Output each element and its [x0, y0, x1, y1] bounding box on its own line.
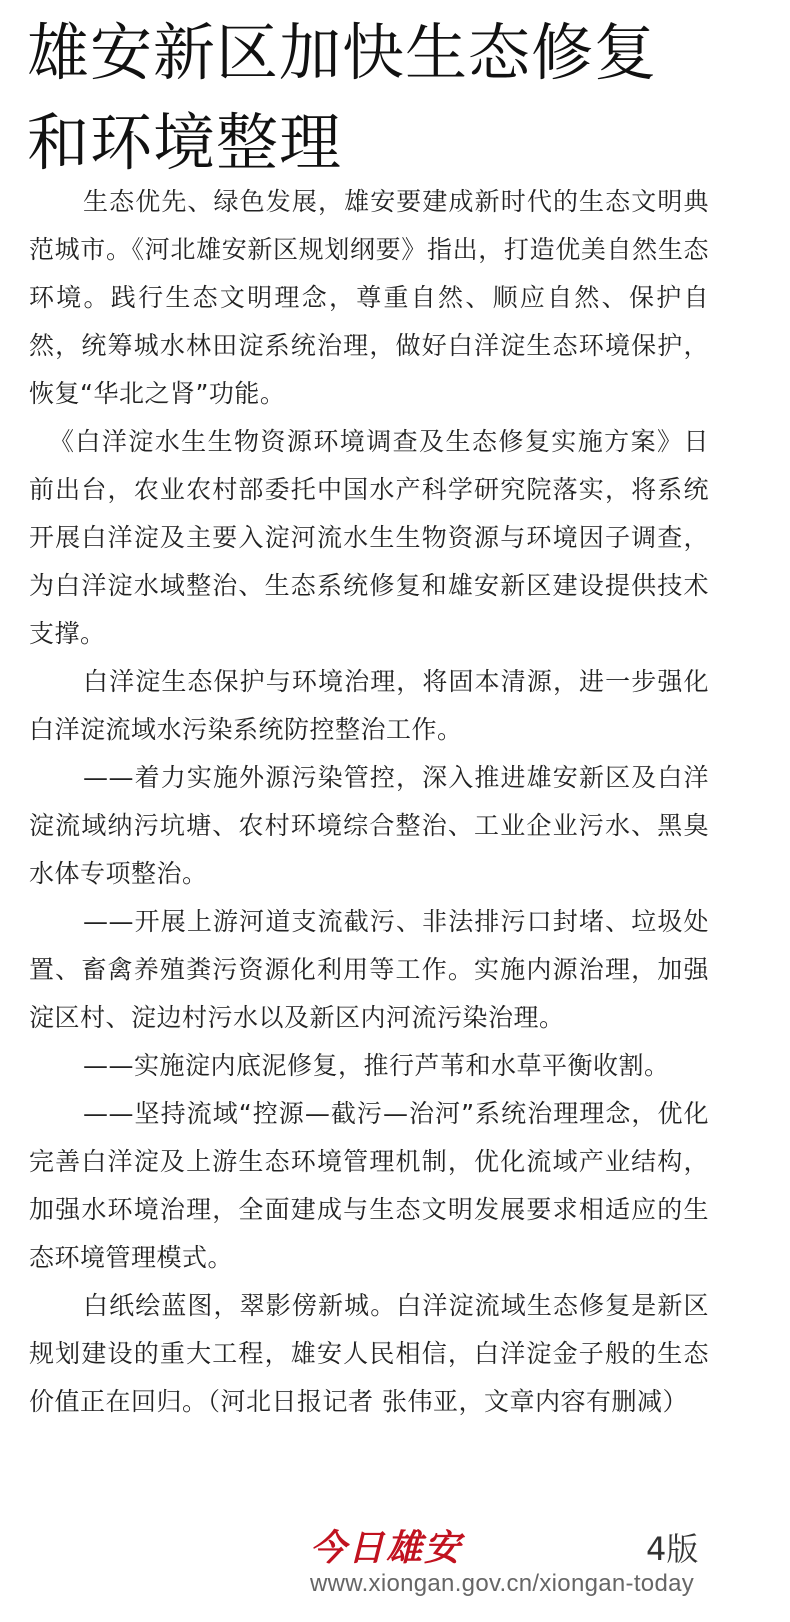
paragraph-conclusion: 白纸绘蓝图，翠影傍新城。白洋淀流域生态修复是新区规划建设的重大工程，雄安人民相信… [29, 1282, 709, 1426]
article-body: 生态优先、绿色发展，雄安要建成新时代的生态文明典范城市。《河北雄安新区规划纲要》… [29, 178, 709, 1426]
paragraph-measure-2: ——开展上游河道支流截污、非法排污口封堵、垃圾处置、畜禽养殖粪污资源化利用等工作… [29, 898, 709, 1042]
publication-logo: 今日雄安 [310, 1520, 462, 1571]
paragraph-measure-3: ——实施淀内底泥修复，推行芦苇和水草平衡收割。 [29, 1042, 709, 1090]
paragraph-plan: 《白洋淀水生生物资源环境调查及生态修复实施方案》日前出台，农业农村部委托中国水产… [29, 418, 709, 658]
page-number: 4版 [646, 1524, 698, 1570]
paragraph-intro: 生态优先、绿色发展，雄安要建成新时代的生态文明典范城市。《河北雄安新区规划纲要》… [29, 178, 709, 418]
paragraph-governance: 白洋淀生态保护与环境治理，将固本清源，进一步强化白洋淀流域水污染系统防控整治工作… [29, 658, 709, 754]
article-title: 雄安新区加快生态修复 和环境整理 [27, 8, 767, 188]
paragraph-measure-1: ——着力实施外源污染管控，深入推进雄安新区及白洋淀流域纳污坑塘、农村环境综合整治… [29, 754, 709, 898]
title-line-2: 和环境整理 [27, 98, 767, 188]
paragraph-measure-4: ——坚持流域“控源—截污—治河”系统治理理念，优化完善白洋淀及上游生态环境管理机… [29, 1090, 709, 1282]
title-line-1: 雄安新区加快生态修复 [27, 8, 767, 98]
publication-url[interactable]: www.xiongan.gov.cn/xiongan-today [310, 1570, 694, 1598]
